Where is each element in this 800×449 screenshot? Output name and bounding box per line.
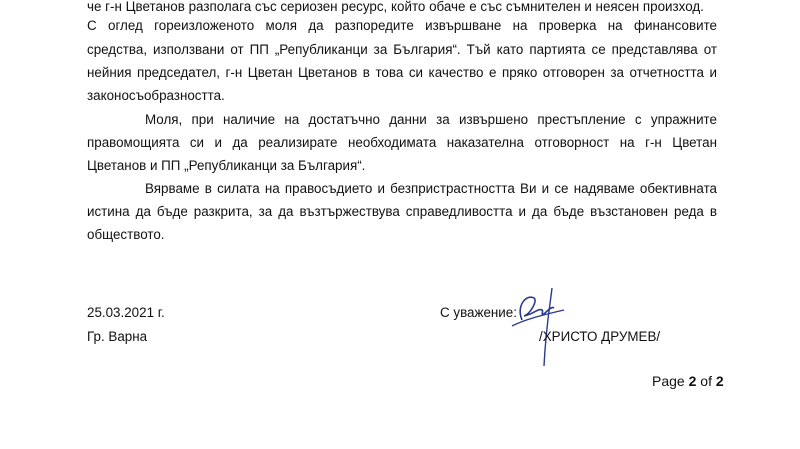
document-page: че г-н Цветанов разполага със сериозен р… (0, 0, 800, 449)
page-current: 2 (689, 373, 697, 389)
page-total: 2 (716, 373, 724, 389)
page-label: Page (652, 373, 685, 389)
closing: С уважение: (440, 304, 517, 322)
page-number: Page 2 of 2 (652, 372, 724, 390)
signature-icon (508, 286, 568, 366)
signatory-name: /ХРИСТО ДРУМЕВ/ (539, 328, 660, 346)
page-of: of (700, 373, 712, 389)
text-line: правомощията си и да реализирате необход… (87, 134, 717, 152)
text-line: С оглед гореизложеното моля да разпореди… (87, 17, 717, 35)
text-line: обществото. (87, 226, 717, 244)
text-line: истина да бъде разкрита, за да възтържес… (87, 203, 717, 221)
text-line: че г-н Цветанов разполага със сериозен р… (87, 0, 717, 16)
text-line: Моля, при наличие на достатъчно данни за… (145, 111, 717, 129)
text-line: Цветанов и ПП „Републиканци за България“… (87, 157, 717, 175)
text-line: средства, използвани от ПП „Републиканци… (87, 41, 717, 59)
text-line: Вярваме в силата на правосъдието и безпр… (145, 180, 717, 198)
city: Гр. Варна (87, 328, 147, 346)
text-line: законосъобразността. (87, 87, 717, 105)
date: 25.03.2021 г. (87, 304, 165, 322)
text-line: нейния председател, г-н Цветан Цветанов … (87, 64, 717, 82)
